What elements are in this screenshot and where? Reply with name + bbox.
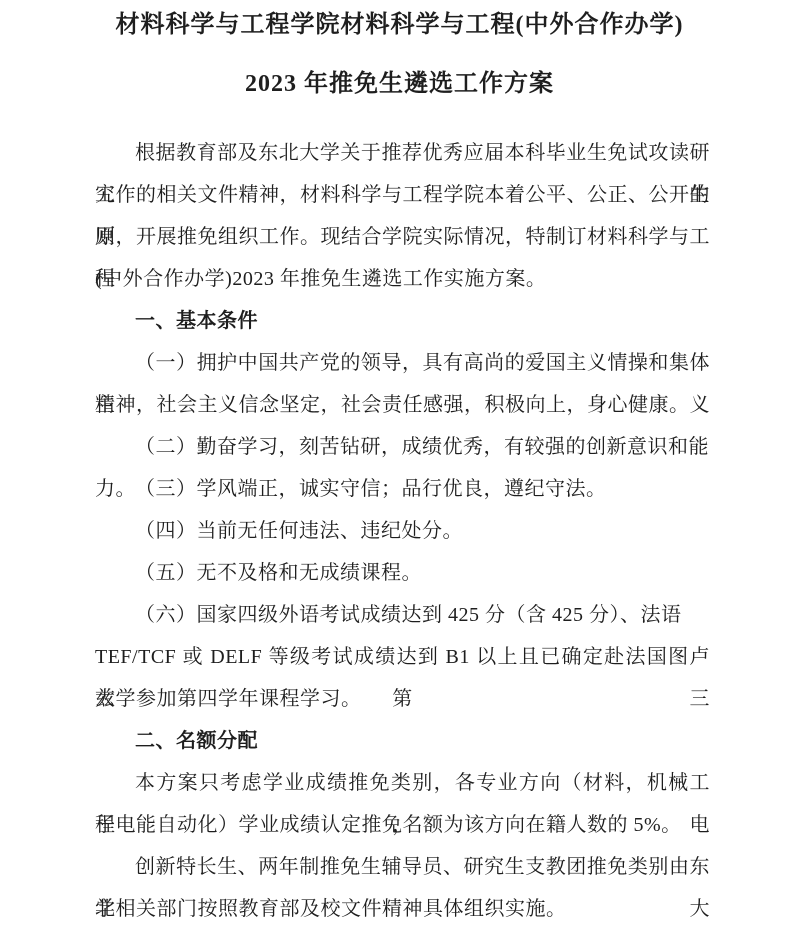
section1-item6-line-1: （六）国家四级外语考试成绩达到 425 分（含 425 分）、法语 — [95, 594, 710, 636]
intro-line-3: 则，开展推免组织工作。现结合学院实际情况，特制订材料科学与工程 — [95, 216, 710, 258]
intro-line-1: 根据教育部及东北大学关于推荐优秀应届本科毕业生免试攻读研究生 — [95, 132, 710, 174]
document-title-line-2: 2023 年推免生遴选工作方案 — [0, 69, 799, 99]
document-title-line-1: 材料科学与工程学院材料科学与工程(中外合作办学) — [0, 10, 799, 40]
section1-item1-line-1: （一）拥护中国共产党的领导，具有高尚的爱国主义情操和集体主义 — [95, 342, 710, 384]
section1-item1-line-2: 精神，社会主义信念坚定，社会责任感强，积极向上，身心健康。 — [95, 384, 710, 426]
section2-heading: 二、名额分配 — [95, 720, 710, 762]
document-body: 根据教育部及东北大学关于推荐优秀应届本科毕业生免试攻读研究生 工作的相关文件精神… — [95, 132, 710, 930]
document-title: 材料科学与工程学院材料科学与工程(中外合作办学) 2023 年推免生遴选工作方案 — [0, 0, 799, 99]
section2-para1-line-2: 子电能自动化）学业成绩认定推免名额为该方向在籍人数的 5%。 — [95, 804, 710, 846]
section1-item3: （三）学风端正，诚实守信；品行优良，遵纪守法。 — [95, 468, 710, 510]
intro-line-2: 工作的相关文件精神，材料科学与工程学院本着公平、公正、公开的原 — [95, 174, 710, 216]
document-page: 材料科学与工程学院材料科学与工程(中外合作办学) 2023 年推免生遴选工作方案… — [0, 0, 799, 936]
section1-item5: （五）无不及格和无成绩课程。 — [95, 552, 710, 594]
section1-heading: 一、基本条件 — [95, 300, 710, 342]
section2-para1-line-1: 本方案只考虑学业成绩推免类别，各专业方向（材料，机械工程，电 — [95, 762, 710, 804]
intro-line-4: (中外合作办学)2023 年推免生遴选工作实施方案。 — [95, 258, 710, 300]
section1-item4: （四）当前无任何违法、违纪处分。 — [95, 510, 710, 552]
section2-para2-line-1: 创新特长生、两年制推免生辅导员、研究生支教团推免类别由东北大 — [95, 846, 710, 888]
section1-item2: （二）勤奋学习，刻苦钻研，成绩优秀，有较强的创新意识和能力。 — [95, 426, 710, 468]
section1-item6-line-2: TEF/TCF 或 DELF 等级考试成绩达到 B1 以上且已确定赴法国图卢兹第… — [95, 636, 710, 678]
